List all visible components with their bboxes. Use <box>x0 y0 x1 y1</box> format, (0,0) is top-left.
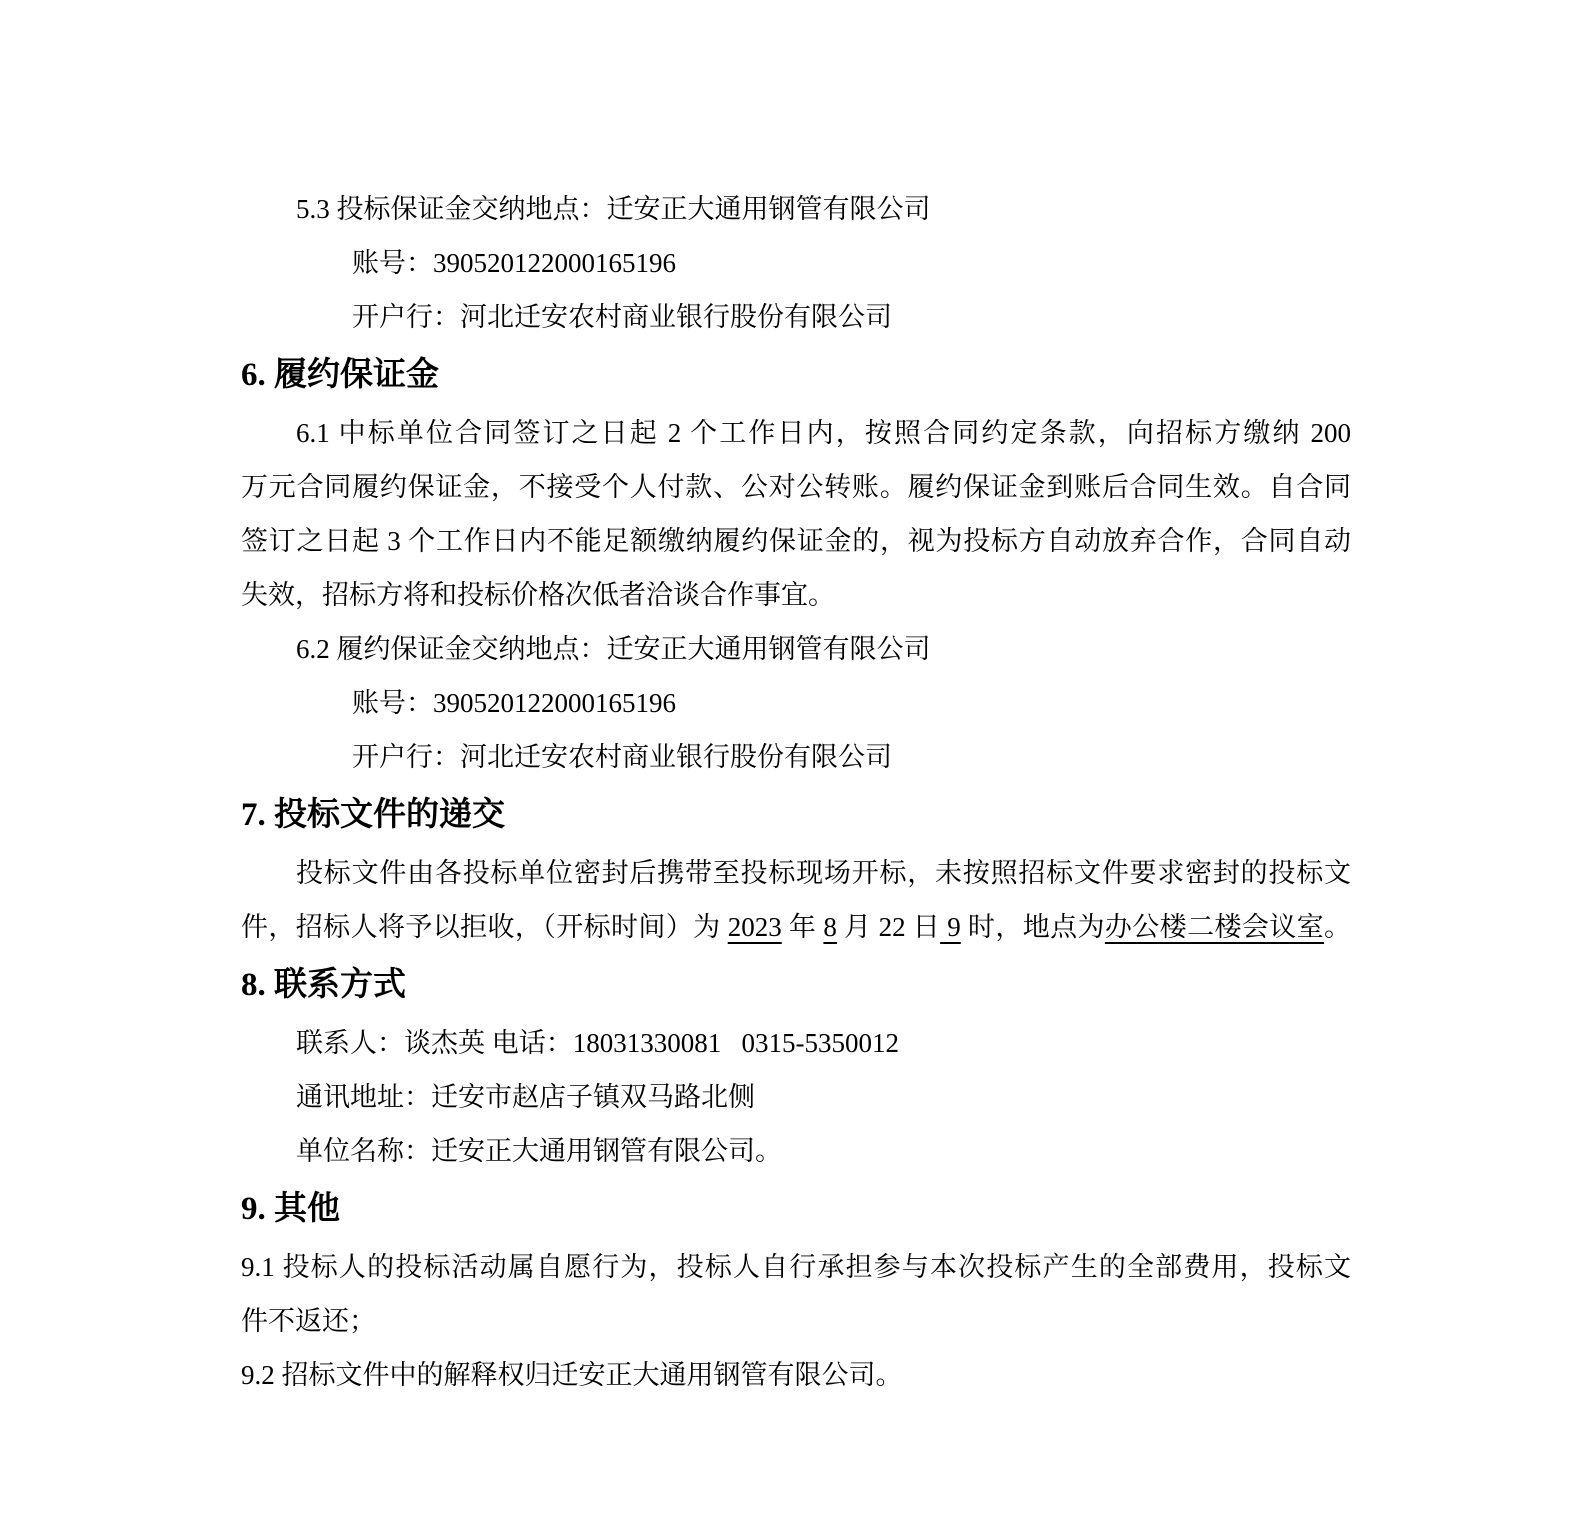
clause-6-2-bond-location: 6.2 履约保证金交纳地点：迁安正大通用钢管有限公司 <box>241 622 1351 676</box>
section-heading-9-other: 9. 其他 <box>241 1182 1351 1236</box>
section-heading-6-performance-bond: 6. 履约保证金 <box>241 348 1351 402</box>
bid-opening-year: 2023 <box>728 912 782 942</box>
section-heading-8-contact-info: 8. 联系方式 <box>241 958 1351 1012</box>
clause-5-3-account-number: 账号：390520122000165196 <box>241 236 1351 290</box>
clause-6-2-account-number: 账号：390520122000165196 <box>241 676 1351 730</box>
bid-opening-place: 办公楼二楼会议室 <box>1105 912 1324 942</box>
bid-opening-hour-suffix: 时，地点为 <box>961 912 1105 942</box>
clause-9-1-line-1: 9.1 投标人的投标活动属自愿行为，投标人自行承担参与本次投标产生的全部费用，投… <box>241 1240 1351 1294</box>
document-page: 5.3 投标保证金交纳地点：迁安正大通用钢管有限公司 账号：3905201220… <box>241 182 1351 1402</box>
bid-opening-month-suffix: 月 22 日 <box>837 912 940 942</box>
bid-opening-month: 8 <box>823 912 837 942</box>
paragraph-6-1-line-2: 万元合同履约保证金，不接受个人付款、公对公转账。履约保证金到账后合同生效。自合同 <box>241 460 1351 514</box>
clause-5-3-bank-name: 开户行：河北迁安农村商业银行股份有限公司 <box>241 290 1351 344</box>
clause-9-2: 9.2 招标文件中的解释权归迁安正大通用钢管有限公司。 <box>241 1348 1351 1402</box>
bid-opening-hour: 9 <box>940 912 961 942</box>
paragraph-7-line-2: 件，招标人将予以拒收，（开标时间）为 2023 年 8 月 22 日 9 时，地… <box>241 900 1351 954</box>
contact-company-name: 单位名称：迁安正大通用钢管有限公司。 <box>241 1124 1351 1178</box>
bid-opening-year-suffix: 年 <box>782 912 824 942</box>
bid-opening-end-punctuation: 。 <box>1324 912 1351 942</box>
contact-person-and-phone: 联系人：谈杰英 电话：18031330081 0315-5350012 <box>241 1016 1351 1070</box>
clause-9-1-line-2: 件不返还； <box>241 1294 1351 1348</box>
clause-5-3-deposit-location: 5.3 投标保证金交纳地点：迁安正大通用钢管有限公司 <box>241 182 1351 236</box>
paragraph-6-1-line-1: 6.1 中标单位合同签订之日起 2 个工作日内，按照合同约定条款，向招标方缴纳 … <box>241 406 1351 460</box>
clause-6-2-bank-name: 开户行：河北迁安农村商业银行股份有限公司 <box>241 730 1351 784</box>
contact-address: 通讯地址：迁安市赵店子镇双马路北侧 <box>241 1070 1351 1124</box>
paragraph-6-1-line-3: 签订之日起 3 个工作日内不能足额缴纳履约保证金的，视为投标方自动放弃合作，合同… <box>241 514 1351 568</box>
bid-opening-text-pre: 件，招标人将予以拒收，（开标时间）为 <box>241 912 728 942</box>
paragraph-6-1-line-4: 失效，招标方将和投标价格次低者洽谈合作事宜。 <box>241 568 1351 622</box>
section-heading-7-bid-submission: 7. 投标文件的递交 <box>241 788 1351 842</box>
paragraph-7-line-1: 投标文件由各投标单位密封后携带至投标现场开标，未按照招标文件要求密封的投标文 <box>241 846 1351 900</box>
